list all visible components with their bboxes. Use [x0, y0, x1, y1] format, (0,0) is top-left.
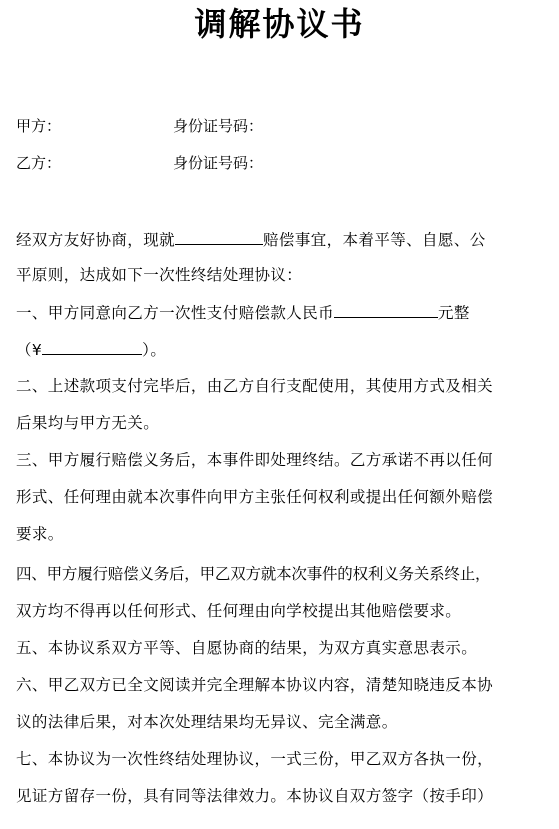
clause-4-line-2: 双方均不得再以任何形式、任何理由向学校提出其他赔偿要求。 [16, 600, 516, 622]
document-title: 调解协议书 [0, 2, 559, 46]
amount-number-blank [42, 338, 142, 355]
clause-2-line-2: 后果均与甲方无关。 [16, 412, 516, 434]
clause-5-line-1: 五、本协议系双方平等、自愿协商的结果，为双方真实意思表示。 [16, 637, 516, 659]
party-b-id-label: 身份证号码： [173, 153, 263, 173]
party-a-row: 甲方： 身份证号码： [16, 116, 546, 136]
clause-1-line-1: 一、甲方同意向乙方一次性支付赔偿款人民币元整 [16, 301, 516, 323]
clause-3-line-1: 三、甲方履行赔偿义务后，本事件即处理终结。乙方承诺不再以任何 [16, 449, 516, 471]
intro-line-2: 平原则，达成如下一次性终结处理协议： [16, 264, 516, 286]
clause-4-line-1: 四、甲方履行赔偿义务后，甲乙双方就本次事件的权利义务关系终止， [16, 563, 516, 585]
amount-words-blank [334, 301, 438, 318]
clause-1-text-before-blank: 一、甲方同意向乙方一次性支付赔偿款人民币 [16, 304, 334, 322]
intro-line-1: 经双方友好协商，现就赔偿事宜，本着平等、自愿、公 [16, 228, 516, 250]
party-a-label: 甲方： [16, 116, 61, 136]
intro-text-after-blank: 赔偿事宜，本着平等、自愿、公 [263, 231, 486, 249]
clause-3-line-2: 形式、任何理由就本次事件向甲方主张任何权利或提出任何额外赔偿 [16, 486, 516, 508]
amount-close-paren: ）。 [142, 341, 166, 359]
clause-3-line-3: 要求。 [16, 523, 516, 545]
party-b-row: 乙方： 身份证号码： [16, 153, 546, 173]
matter-blank [175, 228, 263, 245]
clause-1-text-after-blank: 元整 [438, 304, 470, 322]
clause-7-line-2: 见证方留存一份，具有同等法律效力。本协议自双方签字（按手印） [16, 785, 516, 807]
clause-6-line-2: 议的法律后果，对本次处理结果均无异议、完全满意。 [16, 711, 516, 733]
clause-1-line-2: （¥）。 [16, 338, 516, 360]
clause-7-line-1: 七、本协议为一次性终结处理协议，一式三份，甲乙双方各执一份， [16, 748, 516, 770]
amount-open-paren: （¥ [16, 341, 42, 359]
clause-6-line-1: 六、甲乙双方已全文阅读并完全理解本协议内容，清楚知晓违反本协 [16, 674, 516, 696]
party-b-label: 乙方： [16, 153, 61, 173]
clause-2-line-1: 二、上述款项支付完毕后，由乙方自行支配使用，其使用方式及相关 [16, 375, 516, 397]
intro-text-before-blank: 经双方友好协商，现就 [16, 231, 175, 249]
party-a-id-label: 身份证号码： [173, 116, 263, 136]
